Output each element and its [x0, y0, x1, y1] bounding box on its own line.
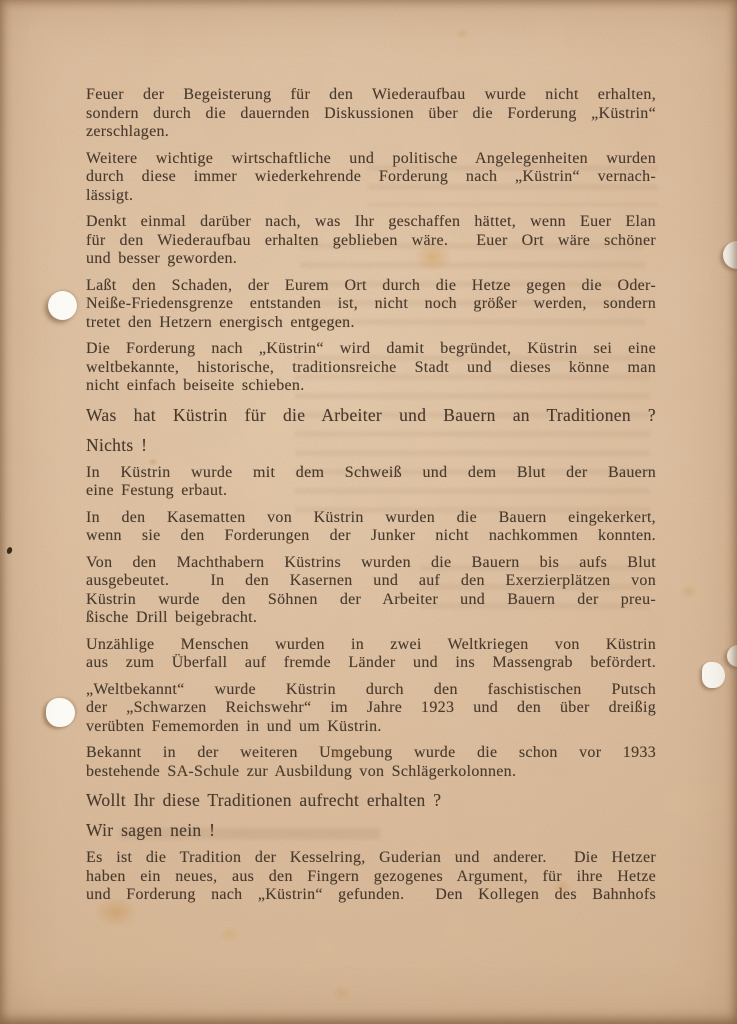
text-paragraph: Laßt den Schaden, der Eurem Ort durch di… [86, 277, 656, 333]
scanned-document-page: Feuer der Begeisterung für den Wiederauf… [0, 0, 737, 1024]
text-line: Denkt einmal darüber nach, was Ihr gesch… [86, 213, 656, 232]
text-line: durch diese immer wiederkehrende Forderu… [86, 168, 656, 187]
text-line: „Weltbekannt“ wurde Küstrin durch den fa… [86, 681, 656, 700]
text-line: und besser geworden. [86, 250, 656, 269]
text-paragraph: „Weltbekannt“ wurde Küstrin durch den fa… [86, 681, 656, 737]
text-line: eine Festung erbaut. [86, 482, 656, 501]
punch-hole [48, 291, 77, 320]
text-paragraph: Wir sagen nein ! [86, 819, 656, 841]
text-line: zerschlagen. [86, 123, 656, 142]
text-line: nicht einfach beiseite schieben. [86, 377, 656, 396]
text-line: In den Kasematten von Küstrin wurden die… [86, 509, 656, 528]
text-line: Nichts ! [86, 434, 656, 456]
text-line: weltbekannte, historische, traditionsrei… [86, 359, 656, 378]
text-paragraph: Feuer der Begeisterung für den Wiederauf… [86, 86, 656, 142]
text-line: haben ein neues, aus den Fingern gezogen… [86, 868, 656, 887]
text-paragraph: Weitere wichtige wirtschaftliche und pol… [86, 150, 656, 206]
text-line: Es ist die Tradition der Kesselring, Gud… [86, 849, 656, 868]
text-paragraph: Bekannt in der weiteren Umgebung wurde d… [86, 744, 656, 781]
stain [452, 26, 472, 41]
text-line: wenn sie den Forderungen der Junker nich… [86, 527, 656, 546]
punch-hole [727, 645, 737, 667]
text-line: und Forderung nach „Küstrin“ gefunden. D… [86, 886, 656, 905]
text-line: verübten Fememorden in und um Küstrin. [86, 718, 656, 737]
text-line: ßische Drill beigebracht. [86, 609, 656, 628]
text-line: lässigt. [86, 187, 656, 206]
stain [214, 922, 246, 946]
text-line: tretet den Hetzern energisch entgegen. [86, 314, 656, 333]
text-line: Feuer der Begeisterung für den Wiederauf… [86, 86, 656, 105]
text-line: Wollt Ihr diese Traditionen aufrecht erh… [86, 789, 656, 811]
text-paragraph: Nichts ! [86, 434, 656, 456]
text-line: Laßt den Schaden, der Eurem Ort durch di… [86, 277, 656, 296]
text-line: ausgebeutet. In den Kasernen und auf den… [86, 572, 656, 591]
text-line: Wir sagen nein ! [86, 819, 656, 841]
text-line: der „Schwarzen Reichswehr“ im Jahre 1923… [86, 699, 656, 718]
text-paragraph: Von den Machthabern Küstrins wurden die … [86, 554, 656, 628]
text-paragraph: In den Kasematten von Küstrin wurden die… [86, 509, 656, 546]
text-line: Weitere wichtige wirtschaftliche und pol… [86, 150, 656, 169]
text-paragraph: In Küstrin wurde mit dem Schweiß und dem… [86, 464, 656, 501]
text-line: Die Forderung nach „Küstrin“ wird damit … [86, 340, 656, 359]
paper-tear-hole [702, 662, 725, 688]
text-line: Bekannt in der weiteren Umgebung wurde d… [86, 744, 656, 763]
text-line: für den Wiederaufbau erhalten geblieben … [86, 232, 656, 251]
text-line: Was hat Küstrin für die Arbeiter und Bau… [86, 404, 656, 426]
text-paragraph: Es ist die Tradition der Kesselring, Gud… [86, 849, 656, 905]
text-paragraph: Die Forderung nach „Küstrin“ wird damit … [86, 340, 656, 396]
text-paragraph: Wollt Ihr diese Traditionen aufrecht erh… [86, 789, 656, 811]
text-paragraph: Was hat Küstrin für die Arbeiter und Bau… [86, 404, 656, 426]
text-line: Küstrin wurde den Söhnen der Arbeiter un… [86, 591, 656, 610]
text-line: bestehende SA-Schule zur Ausbildung von … [86, 763, 656, 782]
document-text: Feuer der Begeisterung für den Wiederauf… [86, 86, 656, 913]
text-line: sondern durch die dauernden Diskussionen… [86, 105, 656, 124]
text-line: Von den Machthabern Küstrins wurden die … [86, 554, 656, 573]
stain [328, 982, 356, 1004]
text-line: aus zum Überfall auf fremde Länder und i… [86, 654, 656, 673]
stain [676, 582, 700, 601]
text-paragraph: Denkt einmal darüber nach, was Ihr gesch… [86, 213, 656, 269]
text-paragraph: Unzählige Menschen wurden in zwei Weltkr… [86, 636, 656, 673]
text-line: Neiße-Friedensgrenze entstanden ist, nic… [86, 295, 656, 314]
text-line: Unzählige Menschen wurden in zwei Weltkr… [86, 636, 656, 655]
ink-speck [6, 546, 13, 554]
punch-hole [723, 241, 737, 269]
punch-hole [46, 698, 75, 727]
text-line: In Küstrin wurde mit dem Schweiß und dem… [86, 464, 656, 483]
